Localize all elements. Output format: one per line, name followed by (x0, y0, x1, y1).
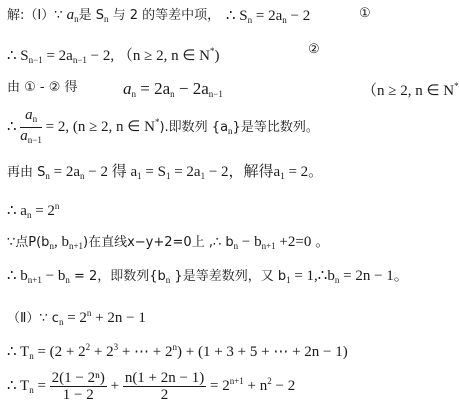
eq: = 2 (206, 378, 229, 394)
text: ).即数列 {a (159, 120, 228, 135)
solution-line-8: ∴ bn+1 − bn = 2，即数列{bn }是等差数列，又 b1 = 1,∴… (7, 267, 409, 289)
eq: − b (42, 268, 65, 284)
subscript: n (33, 114, 38, 124)
subscript: n+1 (262, 241, 276, 251)
eq: ∴ a (7, 203, 27, 219)
subscript: n−1 (28, 135, 42, 145)
solution-line-1: 解:（Ⅰ）∵ an是 Sn 与 2 的等差中项， (7, 6, 220, 28)
eq: ∴ T (7, 344, 29, 360)
intro-text: 解:（Ⅰ）∵ (7, 8, 67, 23)
eq: ∴ b (7, 268, 28, 284)
eq: = 2。 (285, 164, 323, 180)
solution-line-5: 再由 Sn = 2an − 2 得 a1 = S1 = 2a1 − 2，解得a1… (7, 163, 323, 185)
subscript: n−1 (73, 55, 87, 65)
eq: + 2n − 1 (91, 310, 145, 326)
text: 与 2 的等差中项， (109, 8, 221, 23)
part2-line-3: ∴ Tn = 2(1 − 2ⁿ)1 − 2 + n(1 + 2n − 1)2 =… (7, 370, 295, 403)
solution-line-2: ∴ Sn−1 = 2an−1 − 2, （n ≥ 2, n ∈ N*) (7, 42, 220, 69)
fraction-2: n(1 + 2n − 1)2 (123, 370, 206, 403)
part2-line-2: ∴ Tn = (2 + 22 + 23 + ⋯ + 2n) + (1 + 3 +… (7, 338, 348, 365)
subscript: n+1 (69, 241, 83, 251)
eq: − 2 (272, 378, 295, 394)
eq: = 2a (50, 164, 80, 180)
solution-line-7: ∵点P(bn, bn+1)在直线x−y+2=0上 ,∴ bn − bn+1 +2… (7, 233, 330, 255)
eq: ) + (1 + 3 + 5 + ⋯ + 2n − 1) (177, 344, 348, 360)
eq: （n ≥ 2, n ∈ N (362, 83, 454, 99)
eq: + 2 (90, 344, 113, 360)
solution-line-3-label: 由 ① - ② 得 (7, 79, 78, 97)
condition-3: （n ≥ 2, n ∈ N*) (362, 79, 459, 100)
marker-2: ② (308, 42, 320, 57)
solution-line-6: ∴ an = 2n (7, 197, 59, 224)
eq: + n (244, 378, 267, 394)
text: 是 S (79, 8, 104, 23)
text: }是等比数列。 (233, 120, 319, 135)
eq: ∴ S (7, 48, 29, 64)
eq: + (107, 378, 123, 394)
eq: +2=0 。 (276, 234, 330, 250)
eq: ∴ T (7, 378, 29, 394)
eq: = (2 + 2 (34, 344, 86, 360)
eq: = S (142, 164, 166, 180)
eq: − 2 (287, 8, 310, 24)
text: 再由 S (7, 165, 45, 180)
subscript: n−1 (209, 89, 223, 99)
numerator: 2(1 − 2ⁿ) (50, 370, 107, 387)
eq: = 2 (31, 203, 54, 219)
eq: = 2a (43, 48, 73, 64)
solution-line-4: ∴ anan−1 = 2, (n ≥ 2, n ∈ N*).即数列 {an}是等… (7, 107, 319, 148)
eq: − 2，解得a (205, 164, 280, 180)
text: = 2，即数列{b (70, 269, 166, 284)
eq: = 2n − 1。 (339, 268, 408, 284)
denominator: 2 (123, 387, 206, 403)
eq: = 2 (63, 310, 86, 326)
superscript: n+1 (230, 376, 244, 386)
eq: − 2, （n ≥ 2, n ∈ N (87, 48, 210, 64)
eq: = 2a (136, 79, 170, 98)
eq: = 2, (n ≥ 2, n ∈ N (42, 119, 155, 135)
eq: a (123, 79, 132, 98)
text: }是等差数列，又 b (170, 269, 286, 284)
eq: = 2a (252, 8, 282, 24)
eq: , b (54, 234, 69, 250)
denominator: 1 − 2 (50, 387, 107, 403)
subscript: n+1 (28, 275, 42, 285)
eq: − 2a (175, 79, 209, 98)
eq: − 2 得 a (85, 164, 138, 180)
text: )在直线x−y+2=0上 ,∴ b (83, 235, 234, 250)
eq: − b (238, 234, 261, 250)
eq: + ⋯ + 2 (118, 344, 172, 360)
eq: = 2a (170, 164, 200, 180)
subscript: n−1 (29, 55, 43, 65)
text: ∵点P(b (7, 235, 49, 250)
equation-1: ∴ Sn = 2an − 2 (226, 6, 310, 25)
equation-3: an = 2an − 2an−1 (123, 79, 223, 99)
marker-1: ① (359, 6, 371, 21)
part2-line-1: （Ⅱ）∵ cn = 2n + 2n − 1 (7, 304, 146, 331)
eq: = (34, 378, 50, 394)
fraction-1: 2(1 − 2ⁿ)1 − 2 (50, 370, 107, 403)
superscript: n (55, 201, 60, 211)
text: （Ⅱ）∵ c (7, 311, 59, 326)
numerator: n(1 + 2n − 1) (123, 370, 206, 387)
eq: ∴ S (226, 8, 248, 24)
eq: = 1,∴b (291, 268, 335, 284)
fraction: anan−1 (20, 107, 42, 148)
